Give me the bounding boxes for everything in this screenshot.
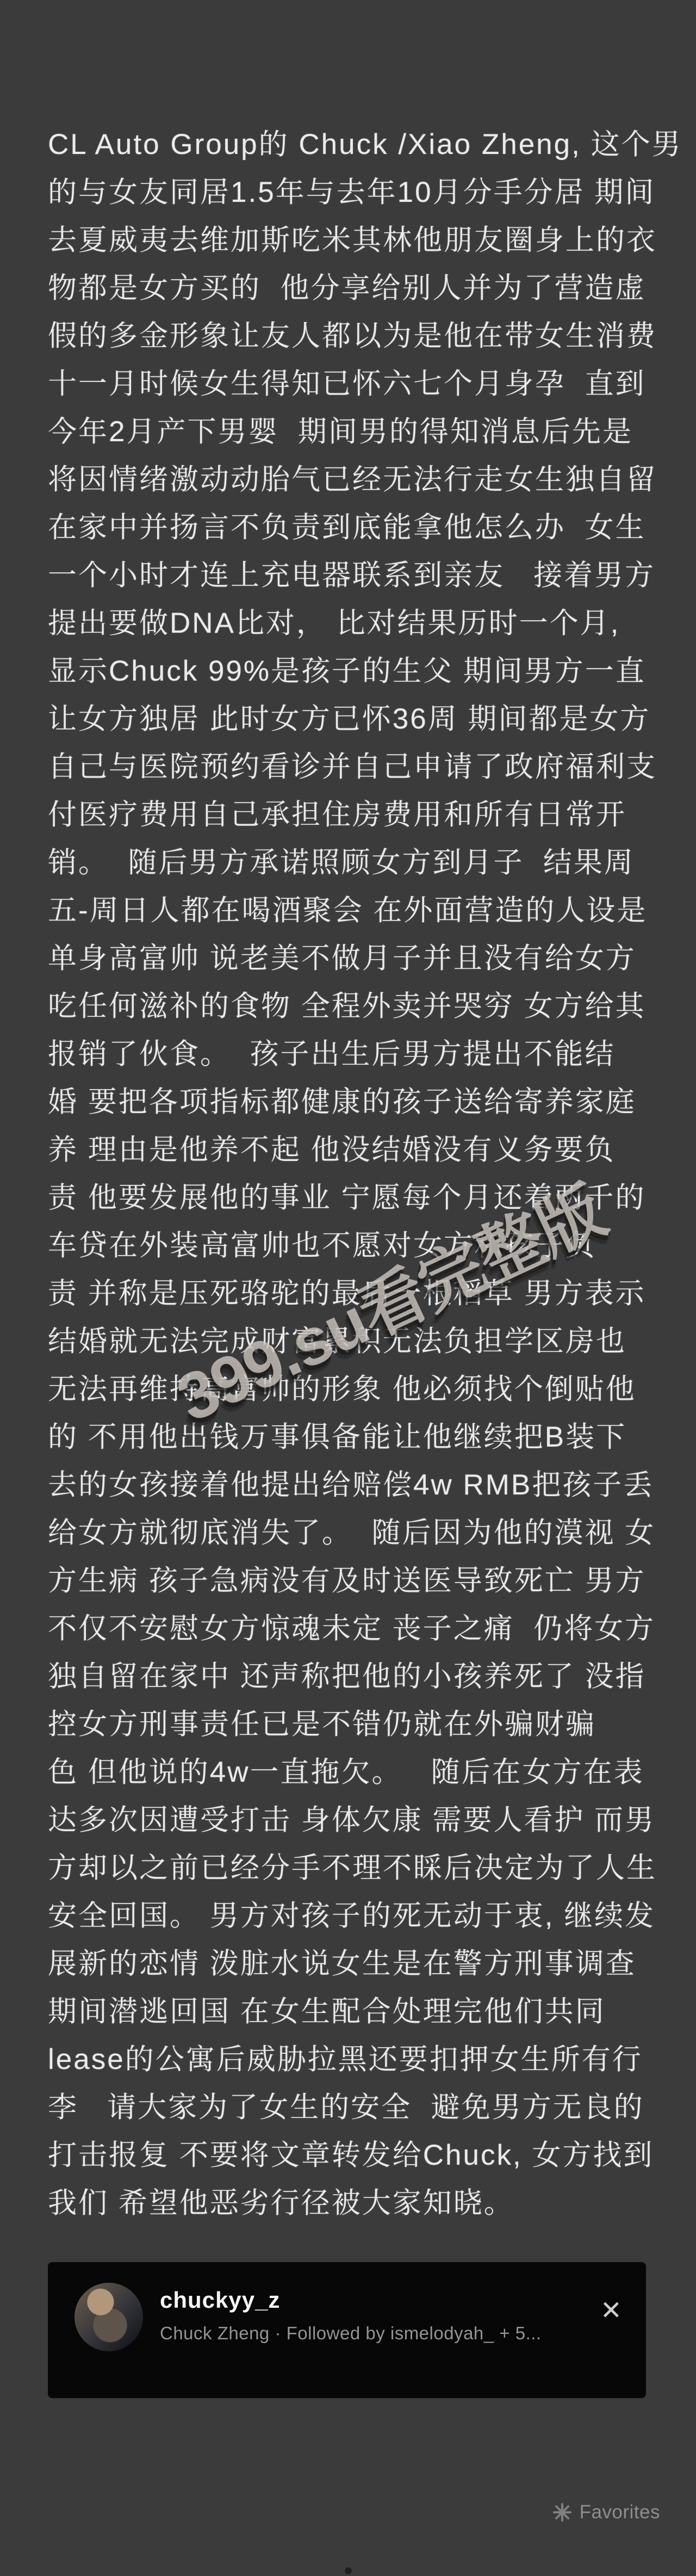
post-line: 婚 要把各项指标都健康的孩子送给寄养家庭 bbox=[48, 1078, 662, 1126]
favorites-row[interactable]: Favorites bbox=[552, 2501, 660, 2523]
post-line: 单身高富帅 说老美不做月子并且没有给女方 bbox=[48, 935, 662, 983]
post-line: 五-周日人都在喝酒聚会 在外面营造的人设是 bbox=[48, 887, 662, 935]
post-line: 一个小时才连上充电器联系到亲友 接着男方 bbox=[48, 552, 662, 600]
post-line: 提出要做DNA比对， 比对结果历时一个月, bbox=[48, 600, 662, 647]
post-line: 十一月时候女生得知已怀六七个月身孕 直到 bbox=[48, 360, 662, 408]
avatar bbox=[74, 2283, 143, 2351]
post-line: 结婚就无法完成财富累积无法负担学区房也 bbox=[48, 1318, 662, 1366]
post-line: 假的多金形象让友人都以为是他在带女生消费 bbox=[48, 312, 662, 360]
post-line: 安全回国。 男方对孩子的死无动于衷, 继续发 bbox=[48, 1892, 662, 1940]
post-line: 让女方独居 此时女方已怀36周 期间都是女方 bbox=[48, 695, 662, 743]
post-line: 展新的恋情 泼脏水说女生是在警方刑事调查 bbox=[48, 1940, 662, 1988]
home-indicator-dot bbox=[345, 2567, 352, 2574]
post-line: 付医疗费用自己承担住房费用和所有日常开 bbox=[48, 791, 662, 839]
post-line: 去的女孩接着他提出给赔偿4w RMB把孩子丢 bbox=[48, 1461, 662, 1509]
post-line: 方生病 孩子急病没有及时送医导致死亡 男方 bbox=[48, 1557, 662, 1605]
post-line: 独自留在家中 还声称把他的小孩养死了 没指 bbox=[48, 1653, 662, 1701]
post-line: 在家中并扬言不负责到底能拿他怎么办 女生 bbox=[48, 504, 662, 552]
card-subtitle: Chuck Zheng · Followed by ismelodyah_ + … bbox=[160, 2323, 542, 2344]
post-line: 控女方刑事责任已是不错仍就在外骗财骗 bbox=[48, 1701, 662, 1749]
post-line: 吃任何滋补的食物 全程外卖并哭穷 女方给其 bbox=[48, 983, 662, 1030]
card-username: chuckyy_z bbox=[160, 2287, 280, 2313]
post-line: 车贷在外装高富帅也不愿对女方和孩子负 bbox=[48, 1222, 662, 1270]
post-line: 不仅不安慰女方惊魂未定 丧子之痛 仍将女方 bbox=[48, 1605, 662, 1653]
post-line: 无法再维持高富帅的形象 他必须找个倒贴他 bbox=[48, 1366, 662, 1413]
post-line: 期间潜逃回国 在女生配合处理完他们共同 bbox=[48, 1988, 662, 2036]
close-icon[interactable]: ✕ bbox=[600, 2298, 622, 2324]
post-text: CL Auto Group的 Chuck /Xiao Zheng, 这个男的与女… bbox=[48, 121, 662, 2227]
post-line: lease的公寓后威胁拉黑还要扣押女生所有行 bbox=[48, 2036, 662, 2084]
post-line: 方却以之前已经分手不理不睬后决定为了人生 bbox=[48, 1844, 662, 1892]
post-line: 报销了伙食。 孩子出生后男方提出不能结 bbox=[48, 1030, 662, 1078]
post-line: 将因情绪激动动胎气已经无法行走女生独自留 bbox=[48, 456, 662, 504]
post-line: 的与女友同居1.5年与去年10月分手分居 期间 bbox=[48, 169, 662, 217]
post-line: 我们 希望他恶劣行径被大家知晓。 bbox=[48, 2179, 662, 2227]
post-line: 显示Chuck 99%是孩子的生父 期间男方一直 bbox=[48, 647, 662, 695]
post-line: 今年2月产下男婴 期间男的得知消息后先是 bbox=[48, 408, 662, 456]
post-line: 责 他要发展他的事业 宁愿每个月还着两千的 bbox=[48, 1174, 662, 1222]
post-line: 打击报复 不要将文章转发给Chuck, 女方找到 bbox=[48, 2132, 662, 2179]
post-line: 责 并称是压死骆驼的最后一根稻草 男方表示 bbox=[48, 1270, 662, 1318]
favorites-label: Favorites bbox=[580, 2501, 660, 2523]
post-line: 给女方就彻底消失了。 随后因为他的漠视 女 bbox=[48, 1509, 662, 1557]
post-line: 去夏威夷去维加斯吃米其林他朋友圈身上的衣 bbox=[48, 217, 662, 264]
favorites-star-icon bbox=[552, 2503, 572, 2522]
post-line: 色 但他说的4w一直拖欠。 随后在女方在表 bbox=[48, 1749, 662, 1796]
post-line: 自己与医院预约看诊并自己申请了政府福利支 bbox=[48, 743, 662, 791]
post-line: 的 不用他出钱万事俱备能让他继续把B装下 bbox=[48, 1413, 662, 1461]
post-line: 达多次因遭受打击 身体欠康 需要人看护 而男 bbox=[48, 1796, 662, 1844]
post-line: 养 理由是他养不起 他没结婚没有义务要负 bbox=[48, 1126, 662, 1174]
post-line: 销。 随后男方承诺照顾女方到月子 结果周 bbox=[48, 839, 662, 887]
post-line: 李 请大家为了女生的安全 避免男方无良的 bbox=[48, 2084, 662, 2132]
post-line: CL Auto Group的 Chuck /Xiao Zheng, 这个男 bbox=[48, 121, 662, 169]
post-line: 物都是女方买的 他分享给别人并为了营造虚 bbox=[48, 264, 662, 312]
profile-share-card[interactable]: chuckyy_z Chuck Zheng · Followed by isme… bbox=[48, 2262, 646, 2398]
